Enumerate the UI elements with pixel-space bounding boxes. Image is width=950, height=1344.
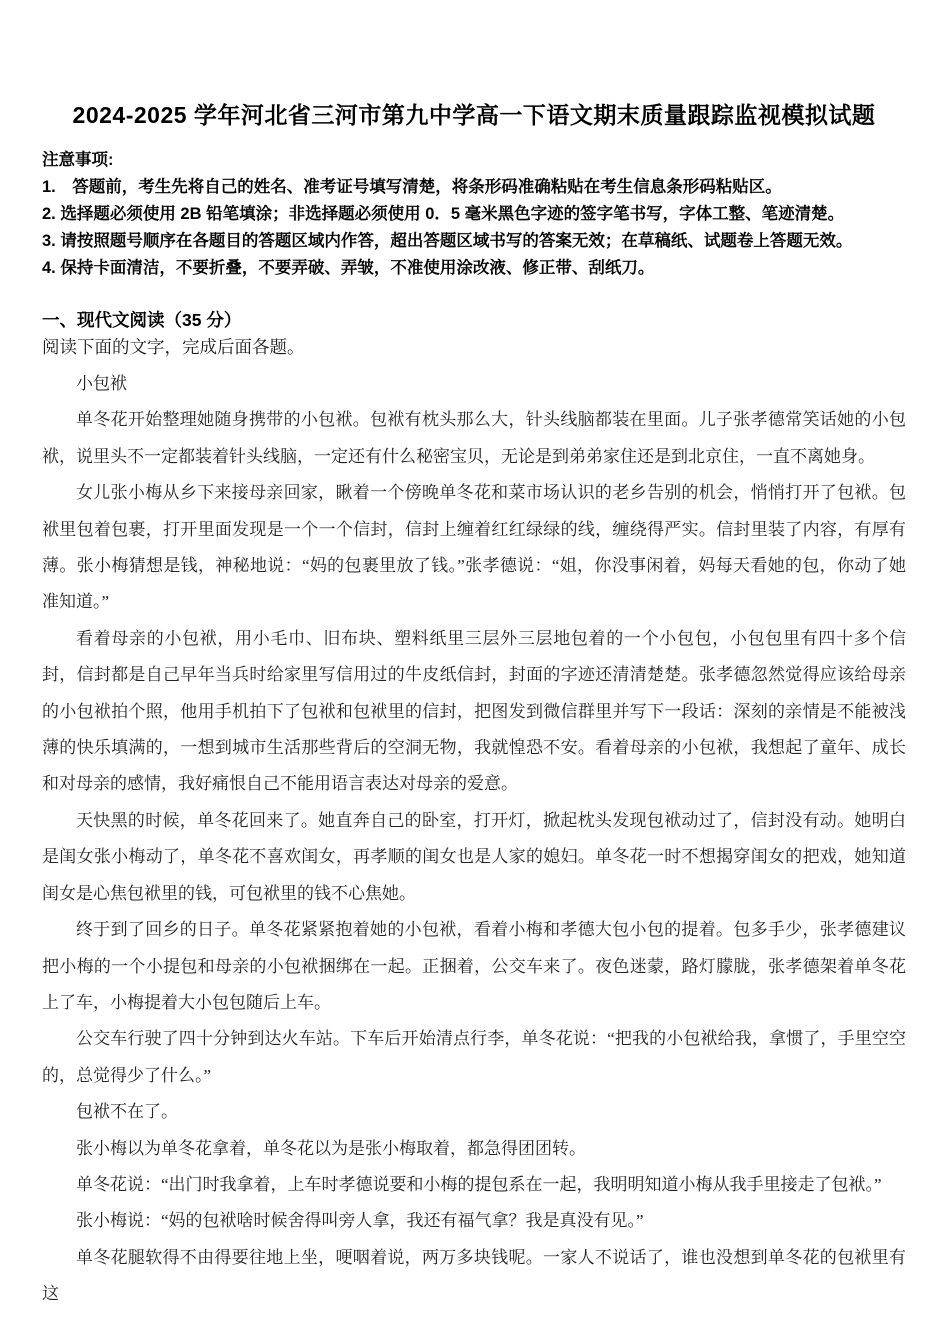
- section-heading-modern-reading: 一、现代文阅读（35 分）: [42, 307, 906, 334]
- story-paragraph-3: 看着母亲的小包袱，用小毛巾、旧布块、塑料纸里三层外三层地包着的一个小包包，小包包…: [42, 621, 906, 803]
- story-paragraph-6: 公交车行驶了四十分钟到达火车站。下车后开始清点行李，单冬花说：“把我的小包袱给我…: [42, 1021, 906, 1094]
- reading-instruction: 阅读下面的文字，完成后面各题。: [42, 334, 906, 361]
- story-paragraph-8: 张小梅以为单冬花拿着，单冬花以为是张小梅取着，都急得团团转。: [42, 1131, 906, 1167]
- story-paragraph-2: 女儿张小梅从乡下来接母亲回家，瞅着一个傍晚单冬花和菜市场认识的老乡告别的机会，悄…: [42, 475, 906, 621]
- story-paragraph-4: 天快黑的时候，单冬花回来了。她直奔自己的卧室，打开灯，掀起枕头发现包袱动过了，信…: [42, 803, 906, 912]
- story-paragraph-11: 单冬花腿软得不由得要往地上坐，哽咽着说，两万多块钱呢。一家人不说话了，谁也没想到…: [42, 1240, 906, 1313]
- notice-section: 注意事项: 1. 答题前，考生先将自己的姓名、准考证号填写清楚，将条形码准确粘贴…: [42, 147, 906, 282]
- notice-item-4: 4. 保持卡面清洁，不要折叠，不要弄破、弄皱，不准使用涂改液、修正带、刮纸刀。: [42, 255, 906, 282]
- notice-heading: 注意事项:: [42, 147, 906, 174]
- exam-paper-page: 2024-2025 学年河北省三河市第九中学高一下语文期末质量跟踪监视模拟试题 …: [0, 0, 950, 1344]
- story-paragraph-9: 单冬花说：“出门时我拿着，上车时孝德说要和小梅的提包系在一起，我明明知道小梅从我…: [42, 1167, 906, 1203]
- story-paragraph-1: 单冬花开始整理她随身携带的小包袱。包袱有枕头那么大，针头线脑都装在里面。儿子张孝…: [42, 402, 906, 475]
- story-title: 小包袱: [42, 366, 906, 402]
- story-paragraph-7: 包袱不在了。: [42, 1094, 906, 1130]
- notice-item-3: 3. 请按照题号顺序在各题目的答题区域内作答，超出答题区域书写的答案无效；在草稿…: [42, 228, 906, 255]
- reading-passage: 小包袱 单冬花开始整理她随身携带的小包袱。包袱有枕头那么大，针头线脑都装在里面。…: [42, 366, 906, 1313]
- page-title: 2024-2025 学年河北省三河市第九中学高一下语文期末质量跟踪监视模拟试题: [42, 102, 906, 128]
- story-paragraph-5: 终于到了回乡的日子。单冬花紧紧抱着她的小包袱，看着小梅和孝德大包小包的提着。包多…: [42, 912, 906, 1021]
- story-paragraph-10: 张小梅说：“妈的包袱啥时候舍得叫旁人拿，我还有福气拿？我是真没有见。”: [42, 1203, 906, 1239]
- notice-item-2: 2. 选择题必须使用 2B 铅笔填涂；非选择题必须使用 0．5 毫米黑色字迹的签…: [42, 201, 906, 228]
- notice-item-1: 1. 答题前，考生先将自己的姓名、准考证号填写清楚，将条形码准确粘贴在考生信息条…: [42, 174, 906, 201]
